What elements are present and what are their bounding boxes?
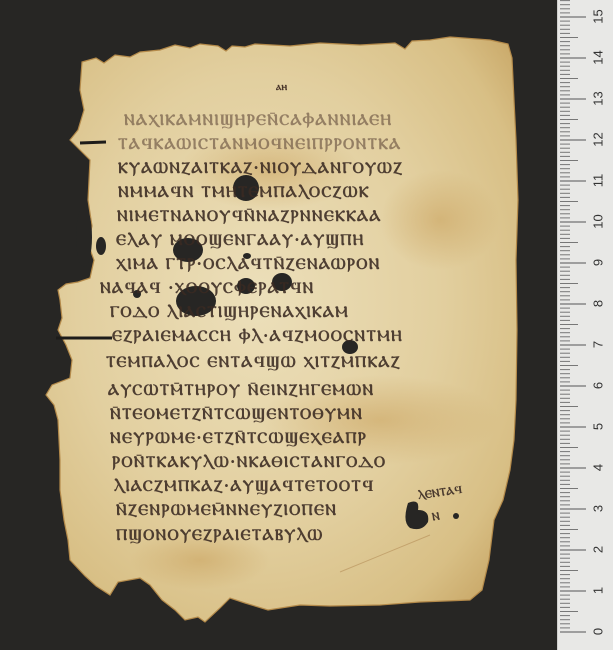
ruler-label: 0 bbox=[591, 622, 606, 642]
text-line: ⲚⲘⲘⲀϤⲚ ⲦⲘⲎⲦⲈⲘⲠⲀⲖⲞⲤⲌⲰⲔ bbox=[118, 182, 370, 202]
ruler-label: 13 bbox=[591, 89, 606, 109]
text-line: ⲔⲨⲀⲰⲚⲌⲀⲒⲦⲔⲀⲌ·ⲚⲒⲞⲨⲆⲀⲚⲄⲞⲨⲰⲌ bbox=[118, 158, 403, 178]
text-line: ⲚⲀϤⲀϤ ·ⲬⲞⲞⲨⲤⲪⲈⲢⲀⲦϤⲚ bbox=[100, 278, 315, 298]
text-line: ⲚⲈⲨⲢⲰⲘⲈ·ⲈⲦⲌⲚ̄ⲦⲤⲰϢⲈⲬⲈⲀⲠⲢ bbox=[110, 428, 367, 448]
text-line: ⲖⲒⲀⲤⲌⲘⲠⲔⲀⲌ·ⲀⲨϢⲀϤⲦⲈⲦⲞⲞⲦϤ bbox=[114, 476, 374, 496]
text-line: ⲄⲞⲆⲞ ⲖⲒⲀⲤⲦⲒϢⲎⲢⲈⲚⲀⲬⲒⲔⲀⲘ bbox=[110, 302, 349, 322]
page-number: ⲁⲏ bbox=[276, 80, 287, 94]
ruler-label: 8 bbox=[591, 294, 606, 314]
text-line: Ⲛ̄ⲌⲈⲚⲢⲰⲘⲈⲘ̄ⲚⲚⲈⲨⲌⲒⲞⲠⲈⲚ bbox=[116, 500, 337, 520]
ruler-label: 3 bbox=[591, 499, 606, 519]
text-line: Ⲛ̄ⲦⲈⲞⲘⲈⲦⲌⲚ̄ⲦⲤⲰϢⲈⲚⲦⲞⲐⲨⲘⲚ bbox=[110, 404, 363, 424]
ruler-label: 10 bbox=[591, 212, 606, 232]
text-line: ⲬⲒⲘⲀ ⲄⲦⲢ·ⲞⲤⲖⲀϤⲦⲚ̄ⲌⲈⲚⲀⲰⲢⲞⲚ bbox=[116, 254, 381, 274]
ruler-label: 9 bbox=[591, 253, 606, 273]
text-line: ⲚⲒⲘⲈⲦⲚⲀⲚⲞⲨϤⲚ̄ⲚⲀⲌⲢⲚⲚⲈⲔⲔⲀⲀ bbox=[117, 206, 382, 226]
text-line: ⲦⲀϤⲔⲀⲰⲒⲤⲦⲀⲚⲘⲞϤⲚⲈⲒⲠⲢⲢⲞⲚⲦⲔⲀ bbox=[118, 134, 402, 154]
measuring-ruler: 1514131211109876543210 bbox=[557, 0, 613, 650]
marginal-note: Ⲛ bbox=[431, 510, 441, 525]
ruler-label: 4 bbox=[591, 458, 606, 478]
ruler-label: 5 bbox=[591, 417, 606, 437]
text-line: ⲦⲈⲘⲠⲀⲖⲞⲤ ⲈⲚⲦⲀϤϢⲰ ⲬⲒⲦⲌⲘⲠⲔⲀⲌ bbox=[106, 352, 401, 372]
text-line: ⲈⲌⲢⲀⲒⲈⲘⲀⲤⲤⲎ ⲪⲖ·ⲀϤⲌⲘⲞⲞⲤⲚⲦⲘⲎ bbox=[112, 326, 403, 346]
ruler-label: 1 bbox=[591, 581, 606, 601]
ruler-label: 7 bbox=[591, 335, 606, 355]
text-line: ⲠϢⲞⲚⲞⲨⲈⲌⲢⲀⲒⲈⲦⲀⲂⲨⲖⲰ bbox=[116, 525, 324, 545]
ruler-label: 12 bbox=[591, 130, 606, 150]
ruler-label: 2 bbox=[591, 540, 606, 560]
manuscript-text-block: ⲁⲏ ⲚⲀⲬⲒⲔⲀⲘⲚⲒϢⲎⲢⲈⲚ̄ⲤⲀⲪⲀⲚⲚⲒⲀⲈⲎ ⲦⲀϤⲔⲀⲰⲒⲤⲦⲀⲚ… bbox=[0, 0, 555, 650]
marginal-note: ⲖⲈⲚⲦⲀϤ bbox=[417, 483, 463, 503]
ruler-label: 15 bbox=[591, 7, 606, 27]
text-line: ⲢⲞⲚ̄ⲦⲔⲀⲔⲨⲖⲰ·ⲚⲔⲀⲐⲒⲤⲦⲀⲚⲄⲞⲆⲞ bbox=[112, 452, 386, 472]
text-line: ⲈⲖⲀⲨ ⲘⲞⲞϢⲈⲚⲄⲀⲀⲨ·ⲀⲨϢⲠⲎ bbox=[116, 230, 365, 250]
text-line: ⲀⲨⲤⲰⲦⲘ̄ⲦⲎⲢⲞⲨ Ⲛ̄ⲈⲒⲚⲌⲎⲄⲈⲘⲰⲚ bbox=[108, 380, 374, 400]
text-line: ⲚⲀⲬⲒⲔⲀⲘⲚⲒϢⲎⲢⲈⲚ̄ⲤⲀⲪⲀⲚⲚⲒⲀⲈⲎ bbox=[124, 110, 392, 130]
dark-background: ⲁⲏ ⲚⲀⲬⲒⲔⲀⲘⲚⲒϢⲎⲢⲈⲚ̄ⲤⲀⲪⲀⲚⲚⲒⲀⲈⲎ ⲦⲀϤⲔⲀⲰⲒⲤⲦⲀⲚ… bbox=[0, 0, 613, 650]
ruler-label: 6 bbox=[591, 376, 606, 396]
ruler-label: 11 bbox=[591, 171, 606, 191]
ruler-label: 14 bbox=[591, 48, 606, 68]
